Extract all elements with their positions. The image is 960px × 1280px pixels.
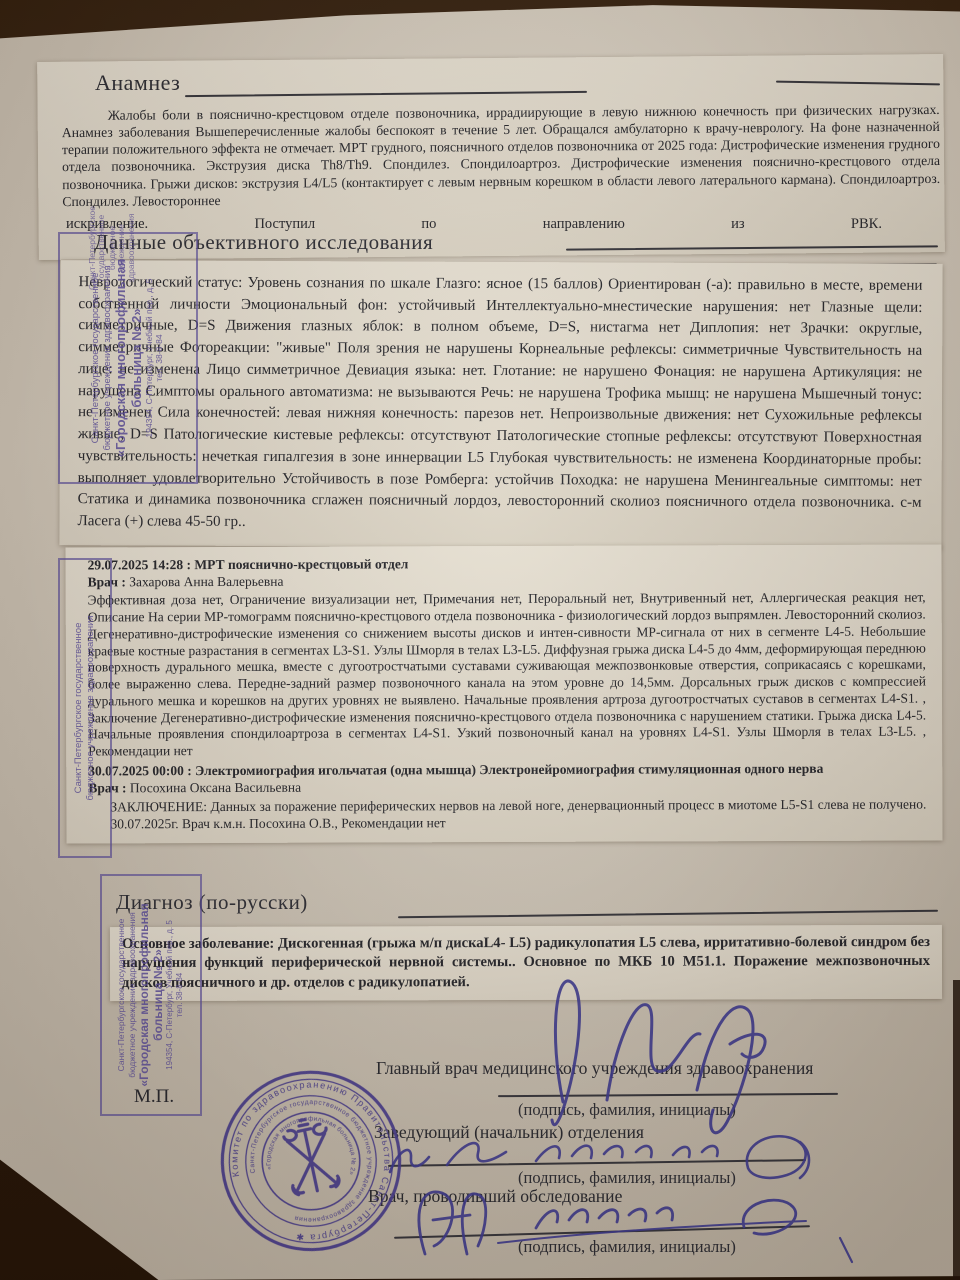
stamp-text: больница № 2»: [130, 308, 144, 407]
signature-caption: (подпись, фамилия, инициалы): [518, 1237, 736, 1257]
rubber-stamp-hospital: Санкт-Петербургское государственное бюдж…: [100, 874, 202, 1116]
signature-caption: (подпись, фамилия, инициалы): [518, 1100, 736, 1120]
emg-doctor-name: Посохина Оксана Васильевна: [130, 779, 301, 795]
document-photo: Анамнез Жалобы боли в пояснично-крестцов…: [0, 0, 960, 1280]
stamp-text: бюджетное учреждение здравоохранения: [128, 912, 137, 1078]
round-official-seal: Комитет по здравоохранению Правительства…: [198, 1048, 423, 1273]
stamp-text: 194354, С-Петербург, Учебный пер., д. 5: [166, 920, 175, 1070]
photo-right-edge-shadow: [953, 980, 960, 1280]
stamp-text: «Городская многопрофильная: [114, 259, 128, 457]
stamp-text: «Городская многопрофильная: [138, 903, 151, 1086]
emg-doctor-line: Врач : Посохина Оксана Васильевна: [88, 777, 926, 797]
department-head-title: Заведующий (начальник) отделения: [374, 1122, 644, 1143]
rubber-stamp-hospital: Санкт-Петербургское государственное бюдж…: [58, 558, 112, 858]
diagnosis-slip: Основное заболевание: Дискогенная (грыжа…: [110, 925, 942, 1001]
stamp-text: бюджетное учреждение здравоохранения: [103, 265, 113, 450]
signature-caption: (подпись, фамилия, инициалы): [518, 1168, 736, 1188]
stamp-text: бюджетное учреждение здравоохранения: [86, 615, 96, 800]
mrt-doctor-line: Врач : Захарова Анна Валерьевна: [88, 571, 926, 591]
mrt-doctor-name: Захарова Анна Валерьевна: [129, 574, 283, 590]
rubber-stamp-hospital: Санкт-Петербургское государственное бюдж…: [58, 232, 198, 484]
stamp-text: Санкт-Петербургское государственное: [74, 623, 84, 794]
stamp-text: тел. 38-8-84: [176, 973, 185, 1017]
anamnesis-body: Жалобы боли в пояснично-крестцовом отдел…: [62, 101, 941, 210]
emg-header: 30.07.2025 00:00 : Электромиография игол…: [88, 760, 926, 780]
stamp-text: 194354, С-Петербург, Учебный пер., д. 5: [145, 279, 154, 438]
admission-word: направлению: [543, 216, 625, 233]
admission-word: из: [731, 216, 745, 233]
stamp-text: больница № 2»: [152, 949, 165, 1041]
stamp-text: тел. 38-8-84: [155, 334, 164, 381]
admission-word: РВК.: [851, 216, 882, 233]
emg-conclusion: ЗАКЛЮЧЕНИЕ: Данных за поражение перифери…: [88, 797, 926, 833]
mrt-emg-slip: 29.07.2025 14:28 : МРТ пояснично-крестцо…: [65, 544, 942, 843]
neuro-status-body: Неврологический статус: Уровень сознания…: [77, 272, 922, 536]
chief-doctor-title: Главный врач медицинского учреждения здр…: [376, 1058, 813, 1079]
anamnesis-title: Анамнез: [95, 70, 180, 96]
diagnosis-body: Основное заболевание: Дискогенная (грыжа…: [122, 933, 930, 993]
mrt-body: Эффективная доза нет, Ограничение визуал…: [88, 590, 927, 760]
stamp-text: Санкт-Петербургское государственное: [117, 919, 126, 1072]
stamp-text: Санкт-Петербургское государственное: [91, 273, 101, 444]
